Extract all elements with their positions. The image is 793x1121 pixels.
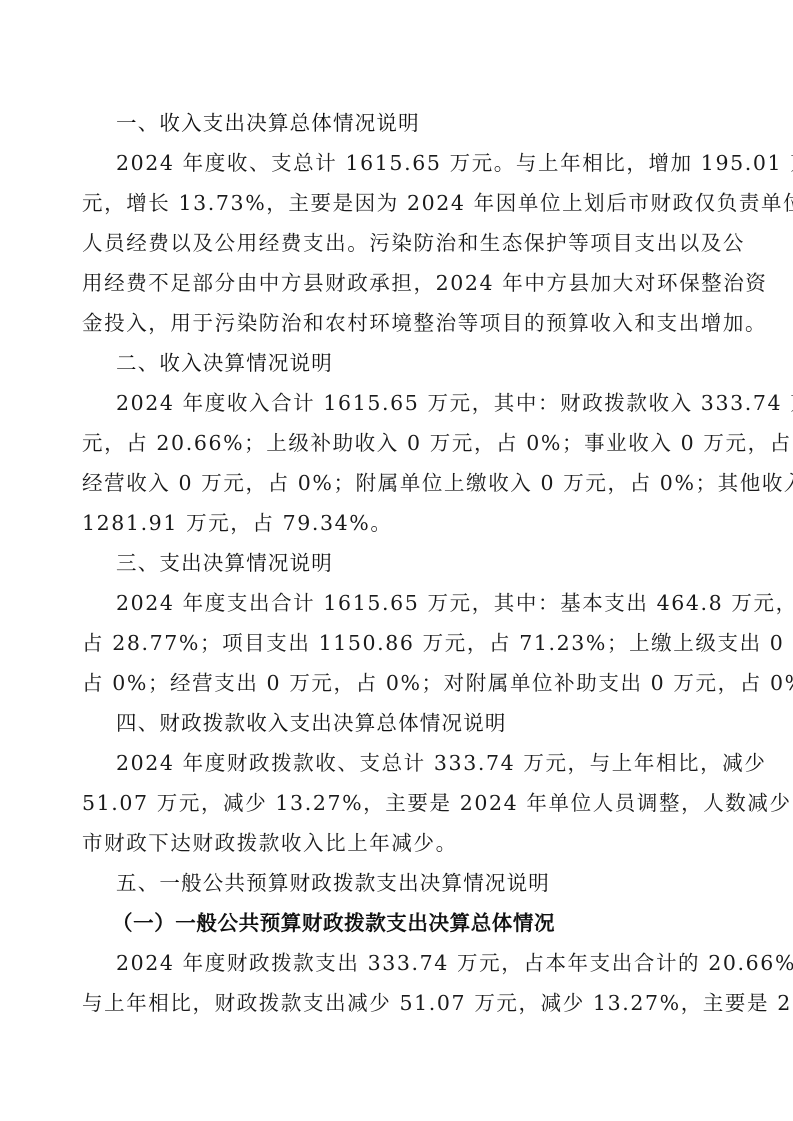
section-heading-2: 二、收入决算情况说明 — [116, 353, 333, 374]
paragraph-line: 占 0%；经营支出 0 万元，占 0%；对附属单位补助支出 0 万元，占 0%。 — [82, 673, 722, 694]
paragraph-line: 2024 年度收入合计 1615.65 万元，其中：财政拨款收入 333.74 … — [116, 393, 722, 414]
paragraph-line: 2024 年度财政拨款收、支总计 333.74 万元，与上年相比，减少 — [116, 753, 722, 774]
paragraph-line: 与上年相比，财政拨款支出减少 51.07 万元，减少 13.27%，主要是 20… — [82, 993, 722, 1014]
paragraph-line: 用经费不足部分由中方县财政承担，2024 年中方县加大对环保整治资 — [82, 273, 722, 294]
section-heading-5: 五、一般公共预算财政拨款支出决算情况说明 — [116, 873, 550, 894]
paragraph-line: 51.07 万元，减少 13.27%，主要是 2024 年单位人员调整，人数减少… — [82, 793, 722, 814]
section-heading-1: 一、收入支出决算总体情况说明 — [116, 113, 420, 134]
section-heading-4: 四、财政拨款收入支出决算总体情况说明 — [116, 713, 507, 734]
paragraph-line: 人员经费以及公用经费支出。污染防治和生态保护等项目支出以及公 — [82, 233, 722, 254]
paragraph-line: 经营收入 0 万元，占 0%；附属单位上缴收入 0 万元，占 0%；其他收入 — [82, 473, 722, 494]
document-page: 一、收入支出决算总体情况说明 2024 年度收、支总计 1615.65 万元。与… — [0, 0, 793, 1121]
paragraph-line: 2024 年度财政拨款支出 333.74 万元，占本年支出合计的 20.66%， — [116, 953, 722, 974]
subsection-heading: （一）一般公共预算财政拨款支出决算总体情况 — [112, 913, 555, 934]
paragraph-line: 1281.91 万元，占 79.34%。 — [82, 513, 722, 534]
paragraph-line: 市财政下达财政拨款收入比上年减少。 — [82, 833, 722, 854]
paragraph-line: 元，增长 13.73%，主要是因为 2024 年因单位上划后市财政仅负责单位 — [82, 193, 722, 214]
paragraph-line: 金投入，用于污染防治和农村环境整治等项目的预算收入和支出增加。 — [82, 313, 722, 334]
paragraph-line: 2024 年度收、支总计 1615.65 万元。与上年相比，增加 195.01 … — [116, 153, 722, 174]
paragraph-line: 占 28.77%；项目支出 1150.86 万元，占 71.23%；上缴上级支出… — [82, 633, 722, 654]
paragraph-line: 2024 年度支出合计 1615.65 万元，其中：基本支出 464.8 万元， — [116, 593, 722, 614]
paragraph-line: 元，占 20.66%；上级补助收入 0 万元，占 0%；事业收入 0 万元，占 … — [82, 433, 722, 454]
section-heading-3: 三、支出决算情况说明 — [116, 553, 333, 574]
